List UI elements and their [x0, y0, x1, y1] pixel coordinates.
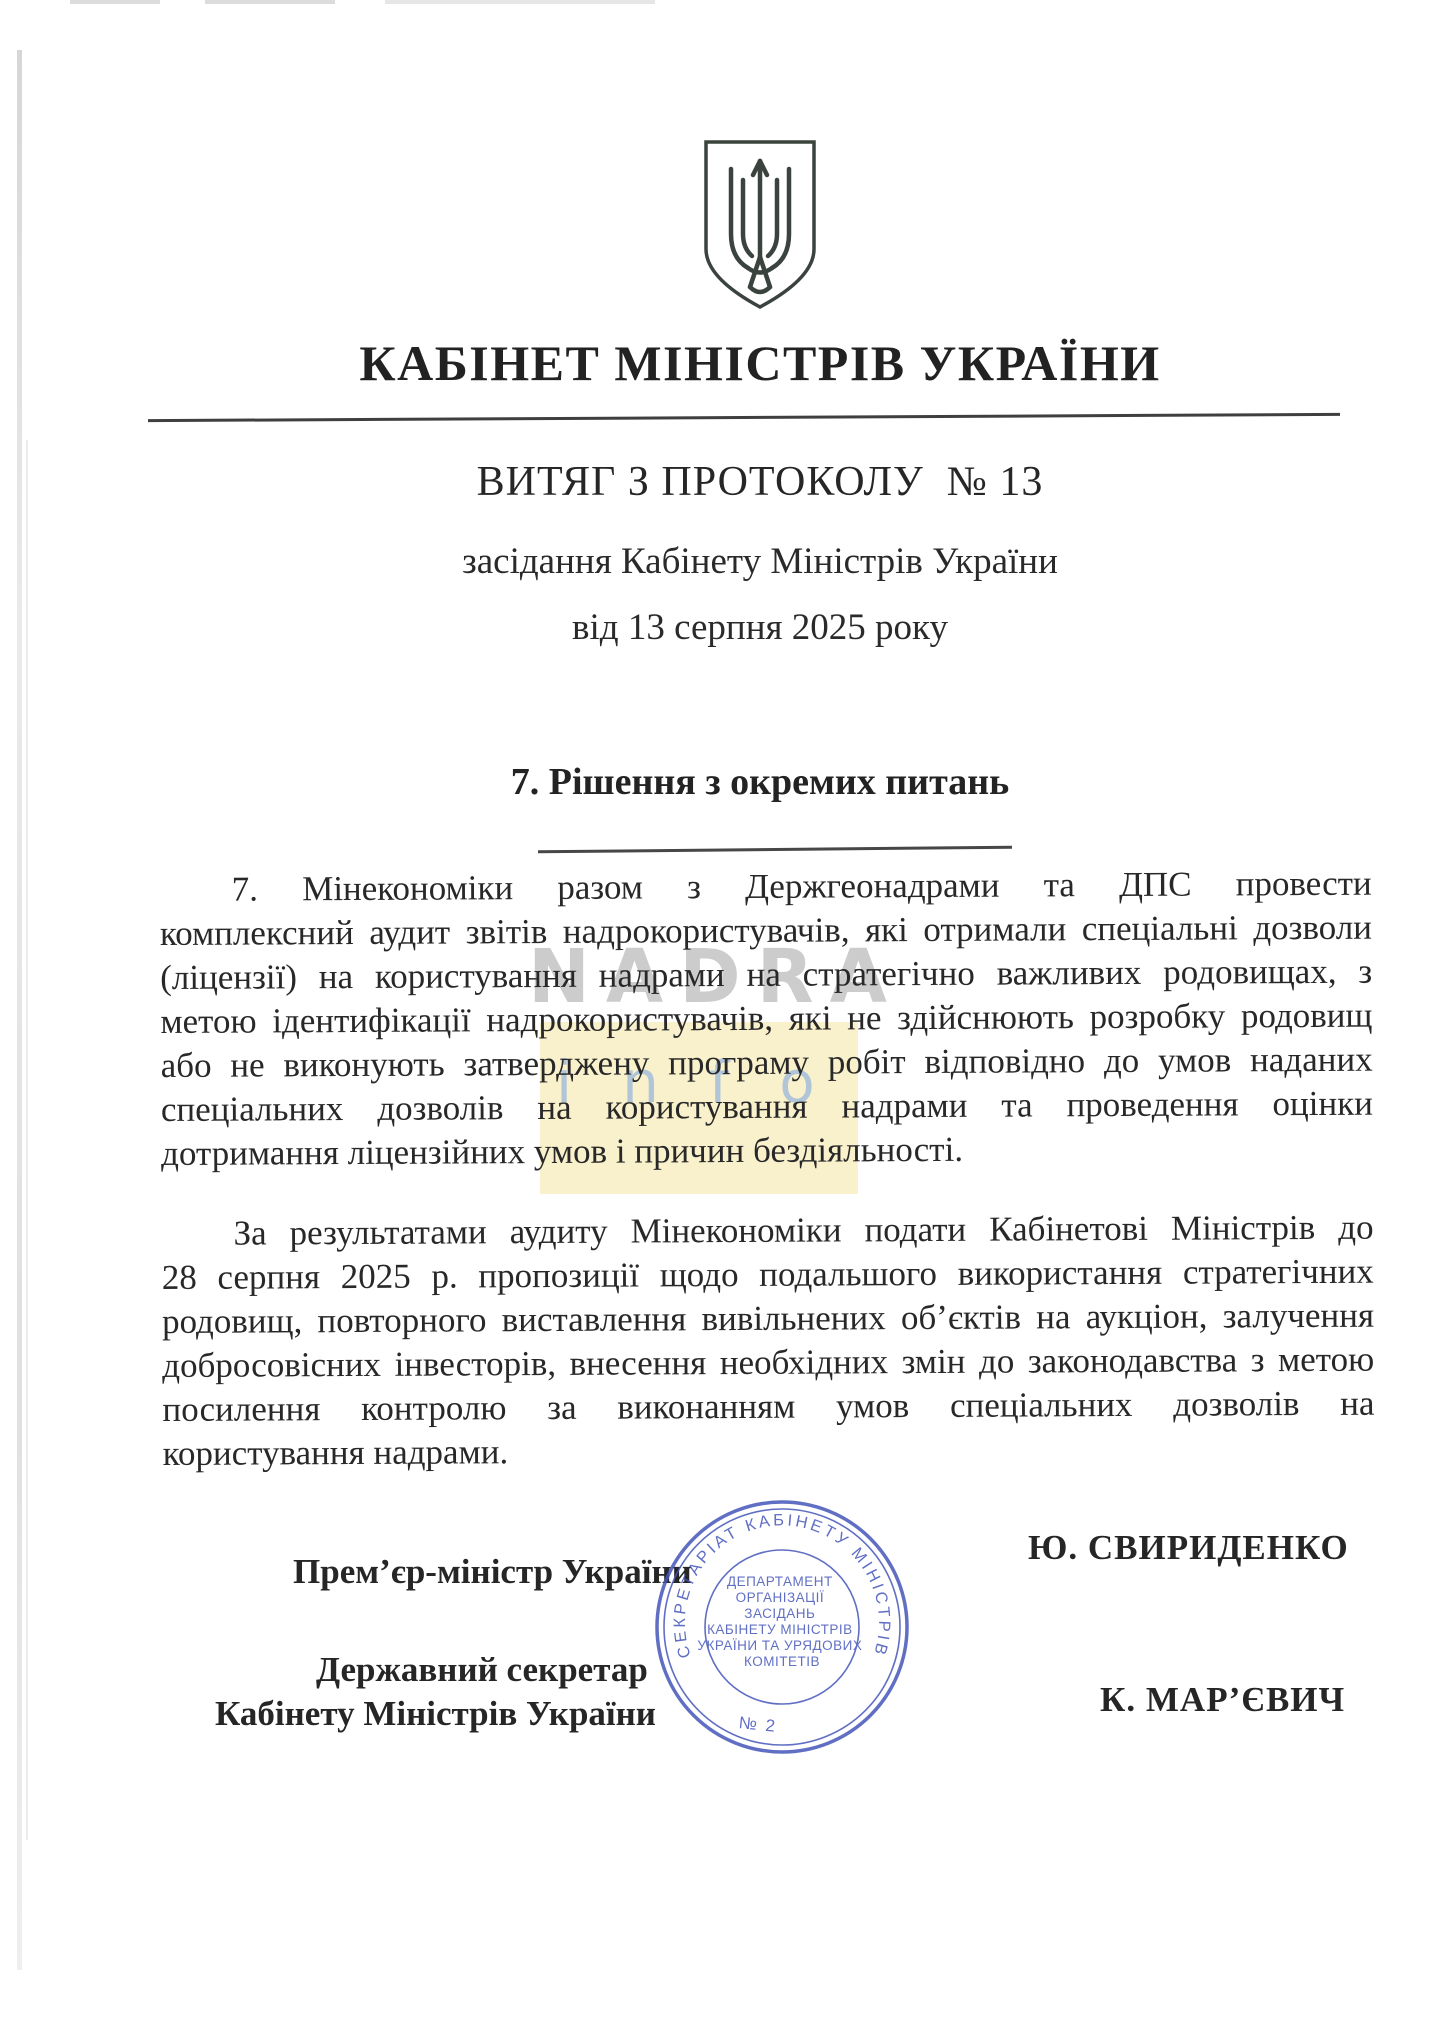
secretary-name: К. МАР’ЄВИЧ [1100, 1680, 1345, 1720]
document-page: NADRA info КАБІНЕТ МІНІСТРІВ УКРАЇНИ ВИТ… [0, 0, 1444, 2040]
secretary-title-line2: Кабінету Міністрів України [215, 1694, 656, 1734]
body-line: спеціальних дозволів на користування над… [161, 1082, 1373, 1132]
organization-title: КАБІНЕТ МІНІСТРІВ УКРАЇНИ [76, 334, 1444, 392]
body-line: (ліцензії) на користування надрами на ст… [160, 950, 1372, 1000]
body-line: родовищ, повторного виставлення вивільне… [162, 1294, 1374, 1344]
premier-name: Ю. СВИРИДЕНКО [1028, 1528, 1349, 1568]
body-line: посилення контролю за виконанням умов сп… [162, 1382, 1374, 1432]
document-subtitle-session: засідання Кабінету Міністрів України [76, 540, 1444, 583]
secretary-title-line1: Державний секретар [316, 1650, 648, 1690]
paragraph-2: За результатами аудиту Мінекономіки пода… [161, 1206, 1374, 1476]
body-line: добросовісних інвесторів, внесення необх… [162, 1338, 1374, 1388]
header-divider [148, 413, 1340, 422]
body-line: За результатами аудиту Мінекономіки пода… [161, 1206, 1373, 1256]
body-line: користування надрами. [163, 1426, 1375, 1476]
body-line: 28 серпня 2025 р. пропозиції щодо подаль… [162, 1250, 1374, 1300]
scan-top-mark [385, 0, 655, 4]
paragraph-1: 7. Мінекономіки разом з Держгеонадрами т… [160, 862, 1374, 1176]
document-title: ВИТЯГ З ПРОТОКОЛУ № 13 [76, 458, 1444, 506]
scan-edge-line-2 [26, 440, 28, 1840]
stamp-number: № 2 [738, 1713, 778, 1736]
section-heading: 7. Рішення з окремих питань [76, 760, 1444, 804]
body-line: дотримання ліцензійних умов і причин без… [161, 1126, 1373, 1176]
scan-edge-line [17, 50, 22, 1970]
section-heading-underline [538, 846, 1012, 854]
premier-title: Прем’єр-міністр України [293, 1552, 692, 1592]
scan-top-mark [205, 0, 335, 4]
document-subtitle-date: від 13 серпня 2025 року [76, 606, 1444, 649]
body-line: метою ідентифікації надрокористувачів, я… [160, 994, 1372, 1044]
stamp-center-text: ДЕПАРТАМЕНТ ОРГАНІЗАЦІЇ ЗАСІДАНЬ КАБІНЕТ… [697, 1574, 866, 1669]
body-line: комплексний аудит звітів надрокористувач… [160, 906, 1372, 956]
official-round-stamp: СЕКРЕТАРІАТ КАБІНЕТУ МІНІСТРІВ УКРАЇНИ №… [649, 1494, 915, 1760]
body-line: 7. Мінекономіки разом з Держгеонадрами т… [160, 862, 1372, 912]
body-line: або не виконують затверджену програму ро… [161, 1038, 1373, 1088]
document-body: 7. Мінекономіки разом з Держгеонадрами т… [160, 862, 1375, 1512]
ukraine-coat-of-arms-icon [698, 136, 822, 313]
scan-top-mark [70, 0, 160, 4]
